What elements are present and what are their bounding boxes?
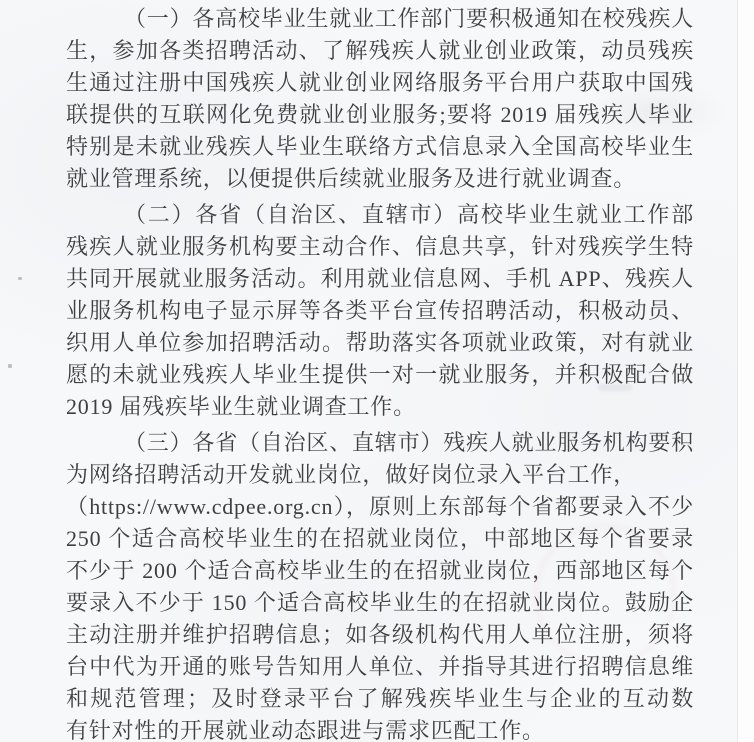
text-line: （一）各高校毕业生就业工作部门要积极通知在校残疾人学 <box>66 3 694 35</box>
text-line: 联提供的互联网化免费就业创业服务;要将 2019 届残疾人毕业生、 <box>66 99 694 131</box>
text-line: （https://www.cdpee.org.cn），原则上东部每个省都要录入不… <box>66 491 694 523</box>
paragraph-item-1: （一）各高校毕业生就业工作部门要积极通知在校残疾人学生，参加各类招聘活动、了解残… <box>66 3 694 195</box>
text-line: （三）各省（自治区、直辖市）残疾人就业服务机构要积极 <box>66 427 694 459</box>
text-block: （一）各高校毕业生就业工作部门要积极通知在校残疾人学生，参加各类招聘活动、了解残… <box>66 3 694 742</box>
text-line: 特别是未就业残疾人毕业生联络方式信息录入全国高校毕业生 <box>66 131 694 163</box>
text-line: 要录入不少于 150 个适合高校毕业生的在招就业岗位。鼓励企业 <box>66 587 694 619</box>
text-line: 台中代为开通的账号告知用人单位、并指导其进行招聘信息维护 <box>66 651 694 683</box>
text-line: 愿的未就业残疾人毕业生提供一对一就业服务，并积极配合做好 <box>66 359 694 391</box>
text-line: 业服务机构电子显示屏等各类平台宣传招聘活动，积极动员、组 <box>66 295 694 327</box>
scanned-document-page: （一）各高校毕业生就业工作部门要积极通知在校残疾人学生，参加各类招聘活动、了解残… <box>0 0 754 742</box>
text-line: 主动注册并维护招聘信息；如各级机构代用人单位注册，须将平 <box>66 619 694 651</box>
scan-speck <box>8 364 12 368</box>
text-line: 为网络招聘活动开发就业岗位，做好岗位录入平台工作， <box>66 459 694 491</box>
text-line: 就业管理系统，以便提供后续就业服务及进行就业调查。 <box>66 163 694 195</box>
text-line: 有针对性的开展就业动态跟进与需求匹配工作。 <box>66 715 694 742</box>
scan-speck <box>18 277 22 280</box>
text-line: 250 个适合高校毕业生的在招就业岗位，中部地区每个省要录入 <box>66 523 694 555</box>
page-right-edge <box>737 0 754 742</box>
text-line: 不少于 200 个适合高校毕业生的在招就业岗位，西部地区每个省 <box>66 555 694 587</box>
text-line: 共同开展就业服务活动。利用就业信息网、手机 APP、残疾人就 <box>66 263 694 295</box>
paragraph-item-2: （二）各省（自治区、直辖市）高校毕业生就业工作部门、残疾人就业服务机构要主动合作… <box>66 199 694 423</box>
text-line: 生，参加各类招聘活动、了解残疾人就业创业政策，动员残疾学 <box>66 35 694 67</box>
paragraph-item-3: （三）各省（自治区、直辖市）残疾人就业服务机构要积极为网络招聘活动开发就业岗位，… <box>66 427 694 742</box>
text-line: 残疾人就业服务机构要主动合作、信息共享，针对残疾学生特点 <box>66 231 694 263</box>
text-line: （二）各省（自治区、直辖市）高校毕业生就业工作部门、 <box>66 199 694 231</box>
text-line: 织用人单位参加招聘活动。帮助落实各项就业政策，对有就业意 <box>66 327 694 359</box>
text-line: 和规范管理；及时登录平台了解残疾毕业生与企业的互动数据， <box>66 683 694 715</box>
text-line: 生通过注册中国残疾人就业创业网络服务平台用户获取中国残 <box>66 67 694 99</box>
text-line: 2019 届残疾毕业生就业调查工作。 <box>66 391 694 423</box>
